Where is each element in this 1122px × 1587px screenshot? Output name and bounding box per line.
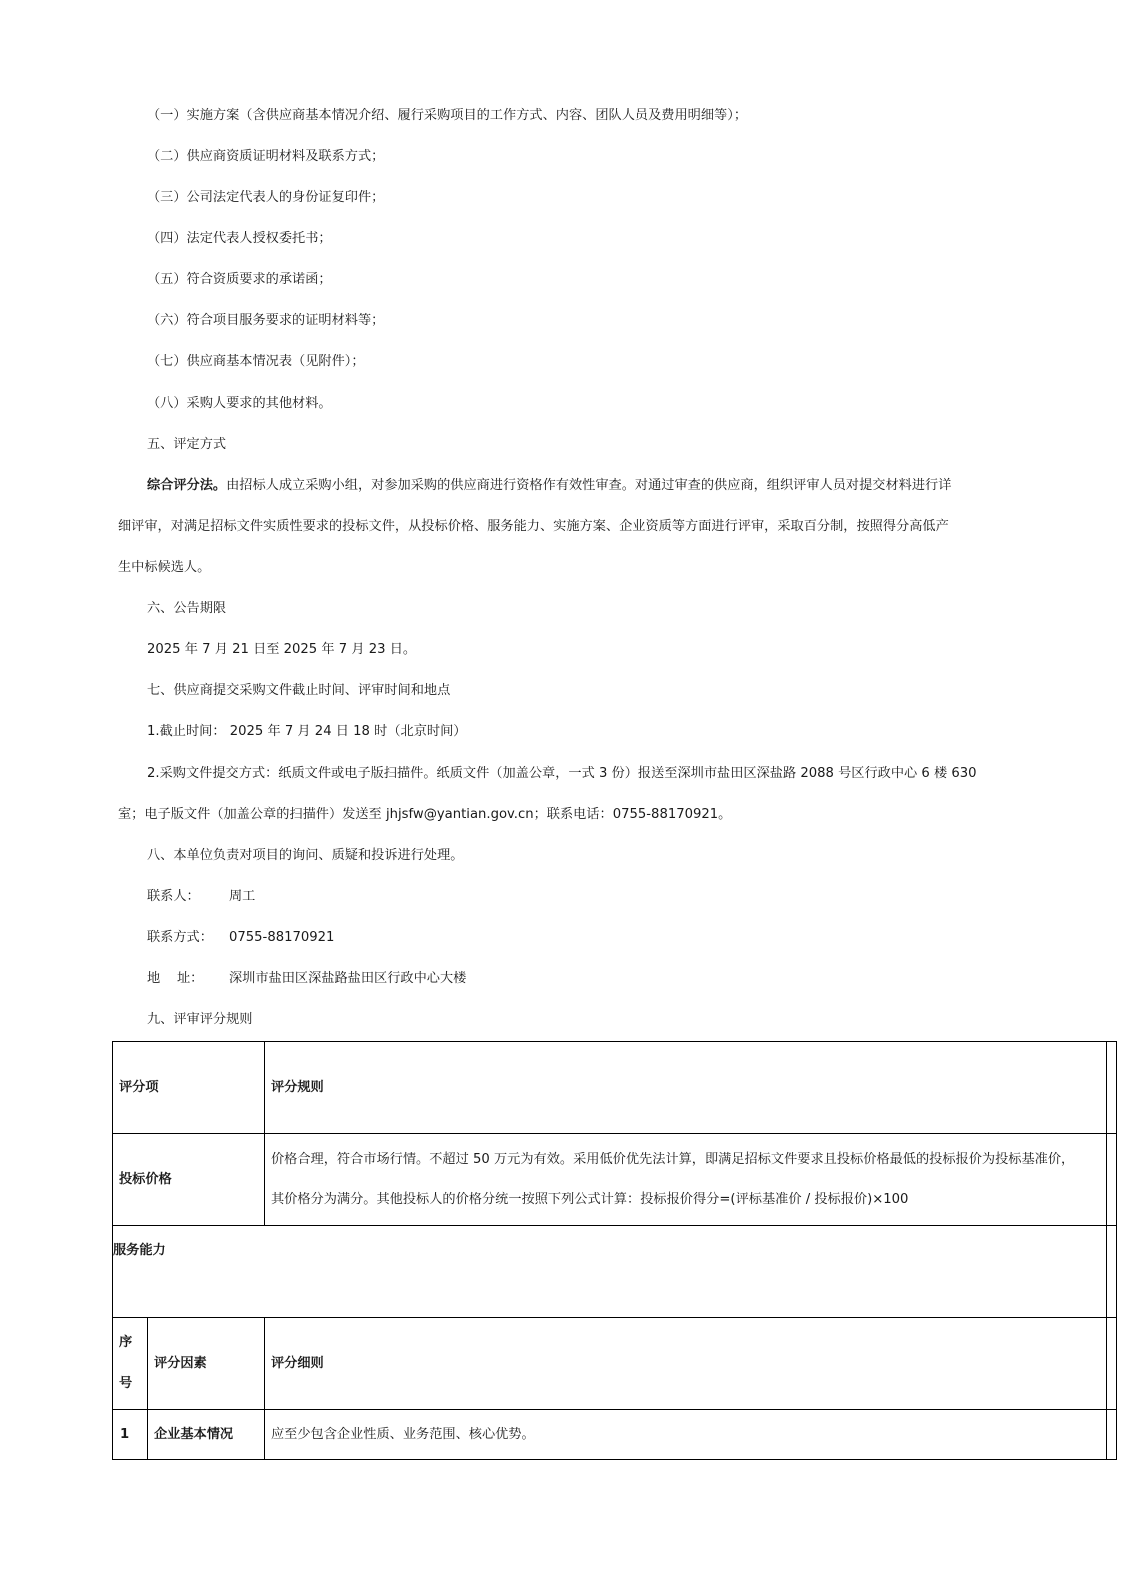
section5-paragraph-line1: 综合评分法。由招标人成立采购小组，对参加采购的供应商进行资格作有效性审查。对通过… [147,476,951,496]
section5-paragraph-line3: 生中标候选人。 [118,558,210,578]
section9-heading: 九、评审评分规则 [147,1010,253,1030]
material-item-8: （八）采购人要求的其他材料。 [147,394,332,414]
material-item-1: （一）实施方案（含供应商基本情况介绍、履行采购项目的工作方式、内容、团队人员及费… [147,106,747,126]
section5-paragraph-line2: 细评审，对满足招标文件实质性要求的投标文件，从投标价格、服务能力、实施方案、企业… [118,517,949,537]
section7-heading: 七、供应商提交采购文件截止时间、评审时间和地点 [147,681,450,701]
subtable-header-factor: 评分因素 [154,1354,207,1374]
material-item-3: （三）公司法定代表人的身份证复印件； [147,188,384,208]
table-header-rule: 评分规则 [271,1078,324,1098]
contact-phone-label: 联系方式： [147,928,213,948]
material-item-2: （二）供应商资质证明材料及联系方式； [147,147,384,167]
subtable-row-factor: 企业基本情况 [154,1425,233,1445]
material-item-5: （五）符合资质要求的承诺函； [147,270,332,290]
section7-submission-line2: 室；电子版文件（加盖公章的扫描件）发送至 jhjsfw@yantian.gov.… [118,805,731,825]
contact-person-label: 联系人： [147,887,200,907]
address-label: 地 址： [147,969,203,989]
section6-period: 2025 年 7 月 21 日至 2025 年 7 月 23 日。 [147,640,416,660]
contact-phone-value: 0755-88170921 [229,928,334,948]
subtable-header-detail: 评分细则 [271,1354,324,1374]
subtable-row-detail: 应至少包含企业性质、业务范围、核心优势。 [271,1425,535,1445]
table-row-service-item: 服务能力 [113,1241,166,1261]
subtable-header-no-line2: 号 [119,1374,132,1394]
contact-person-value: 周工 [229,887,255,907]
subtable-row-no: 1 [120,1425,129,1445]
section7-submission-line1: 2.采购文件提交方式：纸质文件或电子版扫描件。纸质文件（加盖公章，一式 3 份）… [147,764,977,784]
address-value: 深圳市盐田区深盐路盐田区行政中心大楼 [229,969,466,989]
material-item-7: （七）供应商基本情况表（见附件）； [147,352,365,372]
material-item-4: （四）法定代表人授权委托书； [147,229,332,249]
table-row-price-rule-line1: 价格合理，符合市场行情。不超过 50 万元为有效。采用低价优先法计算，即满足招标… [271,1150,1074,1170]
section5-heading: 五、评定方式 [147,435,226,455]
table-row-price-rule-line2: 其价格分为满分。其他投标人的价格分统一按照下列公式计算：投标报价得分=(评标基准… [271,1190,908,1210]
subtable-header-no-line1: 序 [119,1333,132,1353]
table-row-price-item: 投标价格 [119,1170,172,1190]
section5-bold-lead: 综合评分法。 [147,478,226,493]
section5-text: 由招标人成立采购小组，对参加采购的供应商进行资格作有效性审查。对通过审查的供应商… [226,478,951,493]
section8-heading: 八、本单位负责对项目的询问、质疑和投诉进行处理。 [147,846,464,866]
material-item-6: （六）符合项目服务要求的证明材料等； [147,311,384,331]
table-header-item: 评分项 [119,1078,159,1098]
section6-heading: 六、公告期限 [147,599,226,619]
section7-deadline: 1.截止时间： 2025 年 7 月 24 日 18 时（北京时间） [147,722,466,742]
